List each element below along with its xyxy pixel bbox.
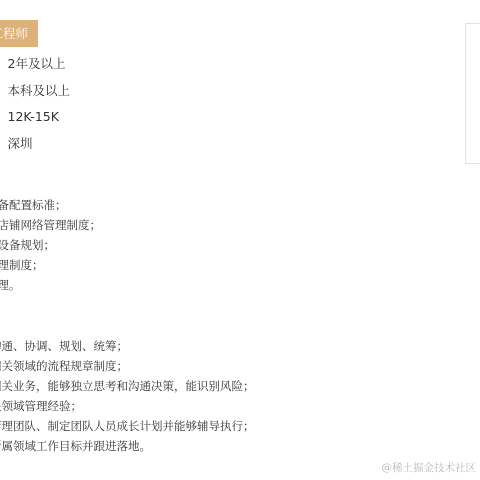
list-item: 相关业务，能够独立思考和沟通决策，能识别风险；	[0, 376, 255, 396]
requirements-list: 沟通、协调、规划、统筹； 相关领域的流程规章制度； 相关业务，能够独立思考和沟通…	[0, 336, 255, 456]
info-value: 本科及以上	[8, 83, 71, 98]
list-item: 关领域管理经验；	[0, 396, 255, 416]
list-item: 设备配置标准；	[0, 195, 101, 215]
list-item: 管理制度；	[0, 255, 101, 275]
side-panel	[465, 23, 480, 164]
list-item: 沟通、协调、规划、统筹；	[0, 336, 255, 356]
info-row-experience: 经验：2年及以上	[0, 55, 65, 73]
list-item: 所属领域工作目标并跟进落地。	[0, 436, 255, 456]
info-label: 地点：	[0, 136, 8, 151]
list-item: 管理。	[0, 275, 101, 295]
info-row-education: 要求：本科及以上	[0, 82, 70, 100]
info-label: 要求：	[0, 83, 8, 98]
info-label: 待遇：	[0, 109, 8, 124]
job-title-text: 工程师	[0, 26, 28, 41]
job-detail-content: 工程师 经验：2年及以上 要求：本科及以上 待遇：12K-15K 地点：深圳 设…	[0, 0, 456, 480]
responsibilities-list: 设备配置标准； 、店铺网络管理制度； 、设备规划； 管理制度； 管理。	[0, 195, 101, 295]
info-value: 深圳	[8, 136, 33, 151]
info-row-salary: 待遇：12K-15K	[0, 108, 59, 126]
list-item: 管理团队、制定团队人员成长计划并能够辅导执行；	[0, 416, 255, 436]
list-item: 相关领域的流程规章制度；	[0, 356, 255, 376]
watermark: @稀土掘金技术社区	[382, 460, 477, 475]
info-value: 12K-15K	[8, 109, 59, 124]
info-row-location: 地点：深圳	[0, 135, 33, 153]
list-item: 、店铺网络管理制度；	[0, 215, 101, 235]
list-item: 、设备规划；	[0, 235, 101, 255]
info-label: 经验：	[0, 56, 8, 71]
job-title-badge: 工程师	[0, 20, 38, 47]
info-value: 2年及以上	[8, 56, 66, 71]
